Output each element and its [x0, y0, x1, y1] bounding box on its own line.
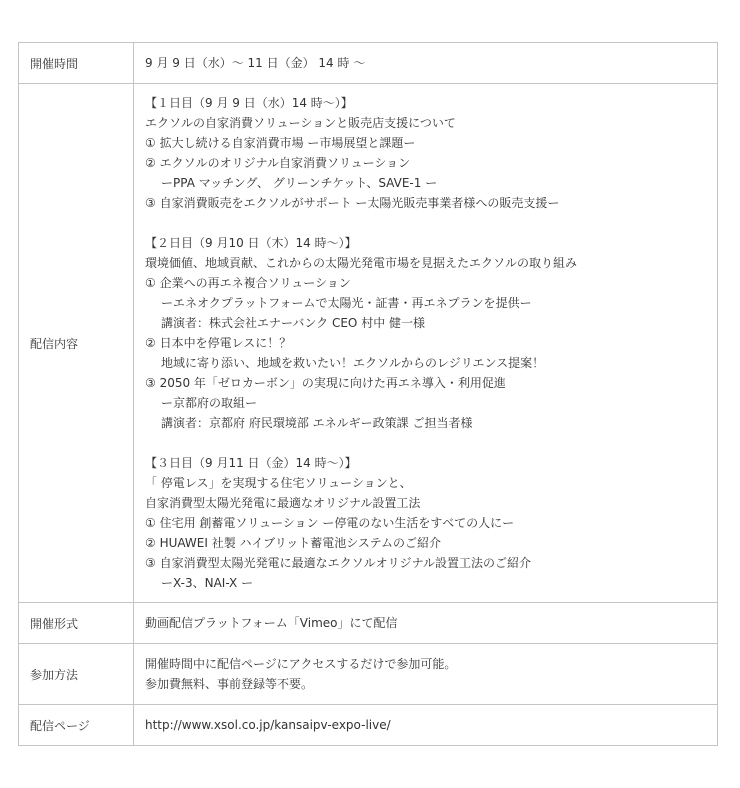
day2-item-sub: ーエネオクプラットフォームで太陽光・証書・再エネプランを提供ー [145, 293, 709, 313]
spacer [145, 433, 709, 453]
schedule-value: 9 月 9 日（水）〜 11 日（金） 14 時 〜 [134, 43, 718, 84]
day1-item: ③ 自家消費販売をエクソルがサポート ー太陽光販売事業者様への販売支援ー [145, 193, 709, 213]
row-page: 配信ページ http://www.xsol.co.jp/kansaipv-exp… [19, 705, 718, 746]
page-value: http://www.xsol.co.jp/kansaipv-expo-live… [134, 705, 718, 746]
row-format: 開催形式 動画配信プラットフォーム「Vimeo」にて配信 [19, 603, 718, 644]
day2-title: 環境価値、地域貢献、これからの太陽光発電市場を見据えたエクソルの取り組み [145, 253, 709, 273]
day3-item-sub: ーX-3、NAI-X ー [145, 573, 709, 593]
stream-page-link[interactable]: http://www.xsol.co.jp/kansaipv-expo-live… [145, 718, 391, 732]
event-info-table: 開催時間 9 月 9 日（水）〜 11 日（金） 14 時 〜 配信内容 【１日… [18, 42, 718, 746]
day2-item-sub: 地域に寄り添い、地域を救いたい！エクソルからのレジリエンス提案！ [145, 353, 709, 373]
day2-item: ② 日本中を停電レスに！？ [145, 333, 709, 353]
format-label: 開催形式 [19, 603, 134, 644]
spacer [145, 213, 709, 233]
day2-item-sub: ー京都府の取組ー [145, 393, 709, 413]
day1-item: ② エクソルのオリジナル自家消費ソリューション [145, 153, 709, 173]
schedule-label: 開催時間 [19, 43, 134, 84]
row-content: 配信内容 【１日目（9 月 9 日（水）14 時〜）】 エクソルの自家消費ソリュ… [19, 84, 718, 603]
day1-heading: 【１日目（9 月 9 日（水）14 時〜）】 [145, 93, 709, 113]
day1-item: ① 拡大し続ける自家消費市場 ー市場展望と課題ー [145, 133, 709, 153]
day3-item: ① 住宅用 創蓄電ソリューション ー停電のない生活をすべての人にー [145, 513, 709, 533]
row-schedule: 開催時間 9 月 9 日（水）〜 11 日（金） 14 時 〜 [19, 43, 718, 84]
format-value: 動画配信プラットフォーム「Vimeo」にて配信 [134, 603, 718, 644]
day3-heading: 【３日目（9 月11 日（金）14 時〜）】 [145, 453, 709, 473]
page-label: 配信ページ [19, 705, 134, 746]
content-value: 【１日目（9 月 9 日（水）14 時〜）】 エクソルの自家消費ソリューションと… [134, 84, 718, 603]
participation-value: 開催時間中に配信ページにアクセスするだけで参加可能。 参加費無料、事前登録等不要… [134, 644, 718, 705]
day2-item: ③ 2050 年「ゼロカーボン」の実現に向けた再エネ導入・利用促進 [145, 373, 709, 393]
participation-line: 参加費無料、事前登録等不要。 [145, 674, 709, 694]
participation-line: 開催時間中に配信ページにアクセスするだけで参加可能。 [145, 654, 709, 674]
day3-title: 自家消費型太陽光発電に最適なオリジナル設置工法 [145, 493, 709, 513]
day3-item: ③ 自家消費型太陽光発電に最適なエクソルオリジナル設置工法のご紹介 [145, 553, 709, 573]
participation-label: 参加方法 [19, 644, 134, 705]
row-participation: 参加方法 開催時間中に配信ページにアクセスするだけで参加可能。 参加費無料、事前… [19, 644, 718, 705]
day2-speaker: 講演者：株式会社エナーバンク CEO 村中 健一様 [145, 313, 709, 333]
content-label: 配信内容 [19, 84, 134, 603]
day1-title: エクソルの自家消費ソリューションと販売店支援について [145, 113, 709, 133]
day2-heading: 【２日目（9 月10 日（木）14 時〜）】 [145, 233, 709, 253]
day2-speaker: 講演者：京都府 府民環境部 エネルギー政策課 ご担当者様 [145, 413, 709, 433]
day3-title: 「 停電レス」を実現する住宅ソリューションと、 [145, 473, 709, 493]
day1-item-sub: ーPPA マッチング、 グリーンチケット、SAVE-1 ー [145, 173, 709, 193]
day2-item: ① 企業への再エネ複合ソリューション [145, 273, 709, 293]
day3-item: ② HUAWEI 社製 ハイブリット蓄電池システムのご紹介 [145, 533, 709, 553]
